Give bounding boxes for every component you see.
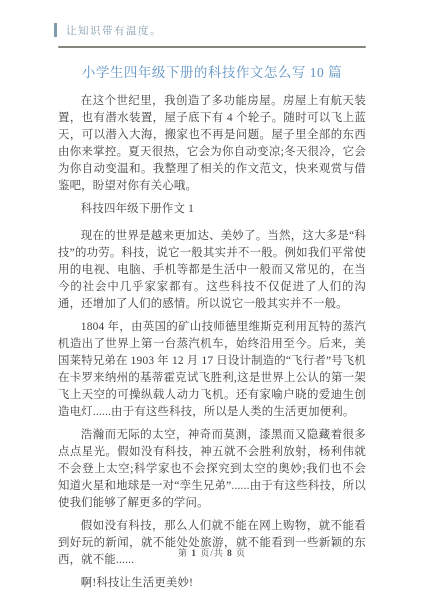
footer-suffix: 页 [236, 548, 246, 558]
footer-page-number: 1 [191, 549, 197, 559]
footer-prefix: 第 [178, 548, 188, 558]
paragraph-essay-2: 1804 年，由英国的矿山技师德里维斯克利用瓦特的蒸汽机造出了世界上第一台蒸汽机… [58, 319, 366, 421]
slogan-accent-bar [54, 23, 57, 37]
header-divider [58, 46, 366, 48]
footer-total-pages: 8 [227, 549, 233, 559]
paragraph-essay-4: 假如没有科技，那么人们就不能在网上购物，就不能看到好玩的新闻，就不能处处旅游，就… [58, 518, 366, 569]
document-page: 让知识带有温度。 小学生四年级下册的科技作文怎么写 10 篇 在这个世纪里，我创… [0, 0, 424, 600]
paragraph-essay-3: 浩瀚而无际的太空，神奇而莫测，漆黑而又隐藏着很多点点星光。假如没有科技，神五就不… [58, 427, 366, 512]
paragraph-intro: 在这个世纪里，我创造了多功能房屋。房屋上有航天装置，也有潜水装置，屋子底下有 4… [58, 93, 366, 195]
slogan-text: 让知识带有温度。 [66, 23, 162, 38]
section-heading: 科技四年级下册作文 1 [58, 201, 366, 218]
document-title: 小学生四年级下册的科技作文怎么写 10 篇 [58, 61, 366, 81]
page-header: 让知识带有温度。 [58, 22, 366, 48]
footer-separator: 页/共 [200, 548, 224, 558]
page-footer: 第 1 页/共 8 页 [0, 546, 424, 559]
slogan-row: 让知识带有温度。 [54, 22, 366, 38]
document-body: 在这个世纪里，我创造了多功能房屋。房屋上有航天装置，也有潜水装置，屋子底下有 4… [58, 93, 366, 592]
paragraph-essay-1: 现在的世界是越来更加达、美妙了。当然，这大多是“科技”的功劳。科技，说它一般其实… [58, 228, 366, 313]
paragraph-closing: 啊!科技让生活更美妙! [58, 575, 366, 592]
